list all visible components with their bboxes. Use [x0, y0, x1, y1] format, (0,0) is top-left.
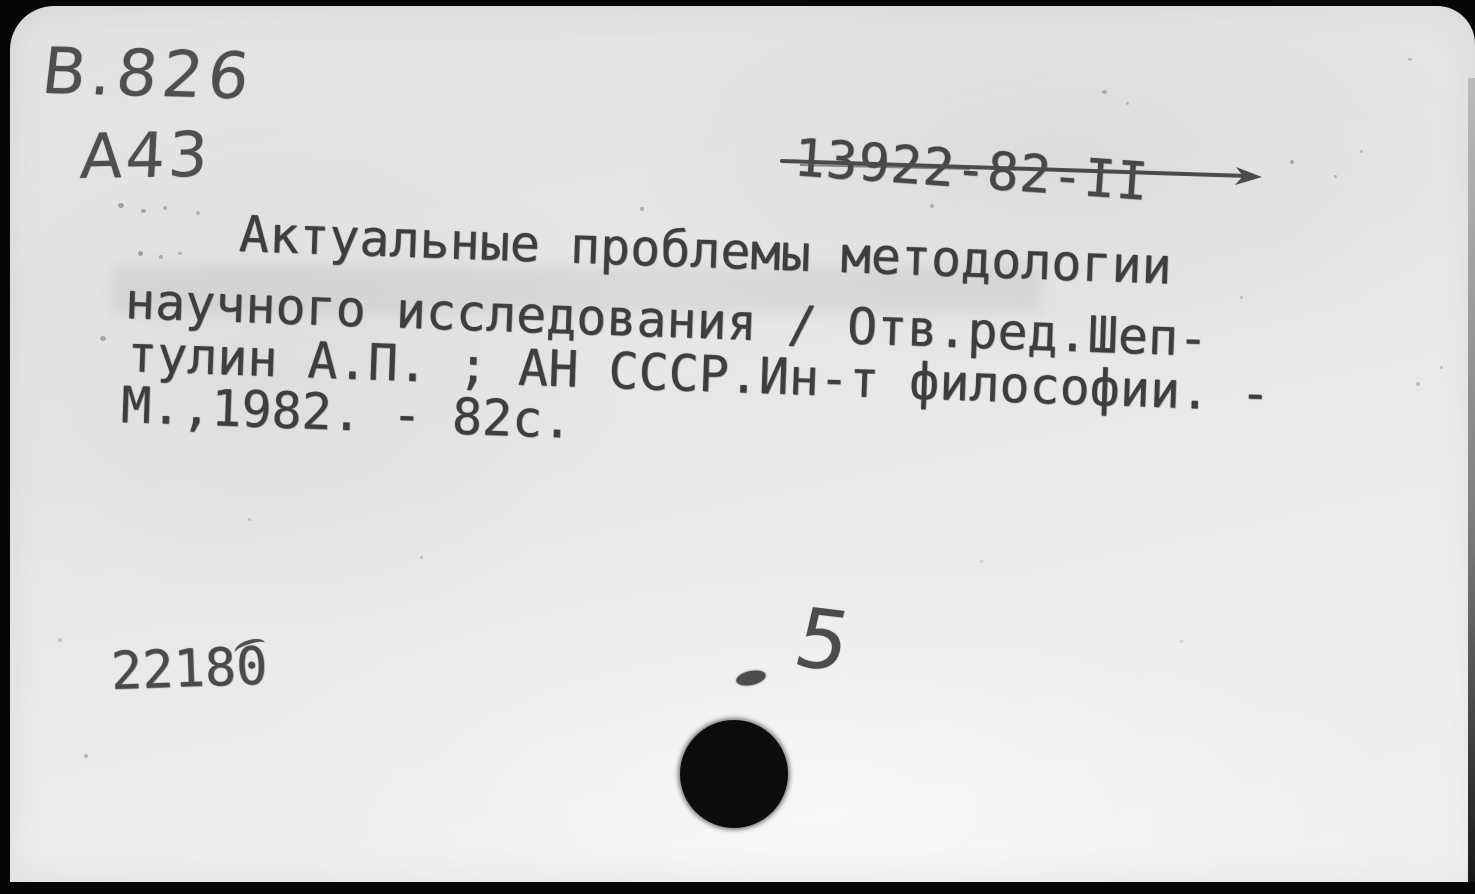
scan-speck — [141, 209, 146, 213]
scan-speck — [100, 336, 106, 341]
scan-speck — [196, 211, 200, 215]
scan-speck — [1240, 296, 1243, 299]
call-number-author-mark: А43 — [79, 124, 213, 188]
scan-speck — [980, 560, 983, 563]
scan-speck — [1290, 160, 1294, 164]
punch-hole — [680, 720, 788, 828]
scan-speck — [1440, 366, 1443, 369]
scan-speck — [1334, 175, 1337, 178]
scan-speck — [1416, 382, 1420, 386]
scan-speck — [159, 255, 163, 259]
scan-edge-shadow — [1468, 78, 1475, 882]
catalog-card-scan: В.826 А43 13922-82-II Актуальные проблем… — [0, 0, 1475, 894]
scan-speck — [420, 556, 423, 559]
scan-speck — [1408, 58, 1412, 61]
scan-speck — [163, 206, 167, 210]
scan-speck — [84, 754, 88, 758]
bib-imprint-line: М.,1982. - 82с. — [120, 380, 573, 446]
call-number-classmark: В.826 — [39, 40, 258, 109]
scan-speck — [58, 638, 62, 642]
strikethrough-arrow-icon — [770, 145, 1280, 205]
scan-speck — [1102, 90, 1107, 94]
scan-speck — [640, 207, 644, 211]
scan-speck — [1126, 102, 1129, 105]
scan-speck — [138, 251, 143, 256]
scan-speck — [248, 518, 251, 521]
scan-speck — [178, 252, 182, 255]
scan-speck — [1360, 150, 1363, 153]
scan-speck — [118, 203, 124, 208]
scan-speck — [1180, 640, 1183, 643]
